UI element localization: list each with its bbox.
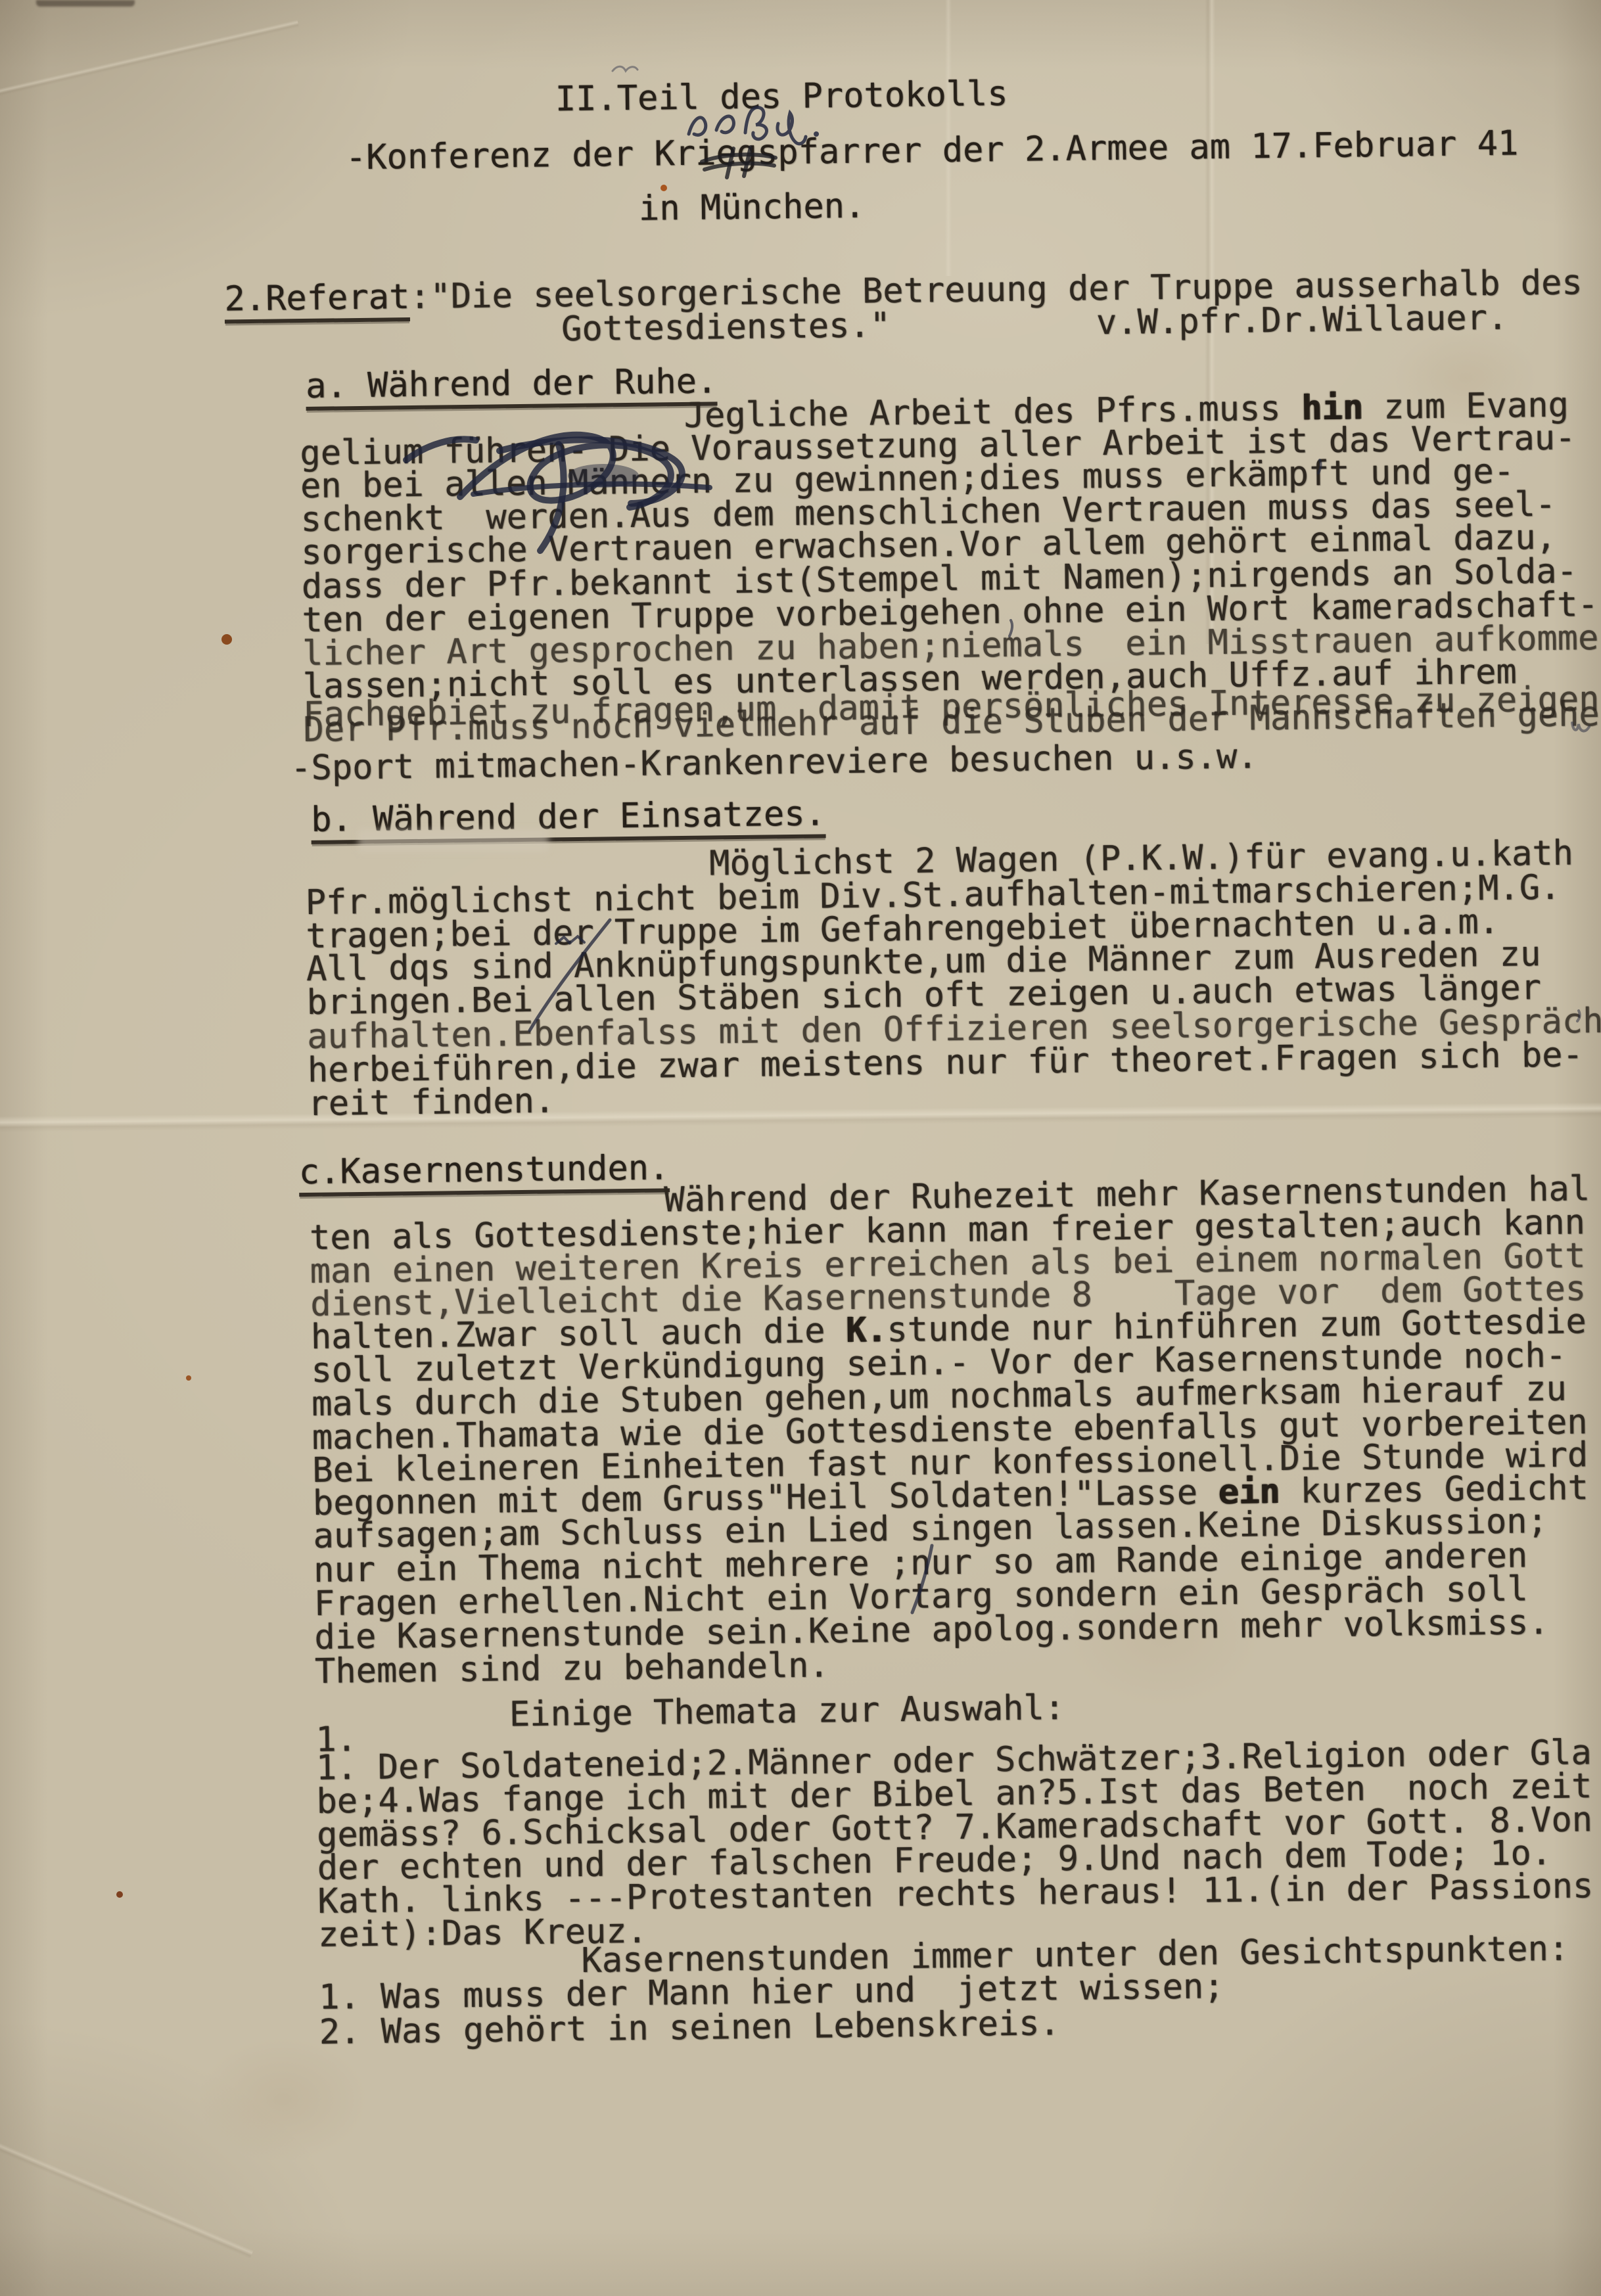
line-themata-heading: Einige Themata zur Auswahl:	[509, 1691, 1065, 1732]
line-a12: -Sport mitmachen-Krankenreviere besuchen…	[290, 739, 1258, 785]
line-conference: -Konferenz der Kriegspfarrer der 2.Armee…	[346, 126, 1519, 175]
line-doc-title: II.Teil des Protokolls	[555, 77, 1008, 116]
line-b8: reit finden.	[308, 1084, 555, 1121]
section-c-heading-text: c.Kasernenstunden.	[298, 1151, 669, 1197]
line-question-2: 2. Was gehört in seinen Lebenskreis.	[319, 2006, 1060, 2050]
referat-heading-underlined: 2.Referat	[224, 280, 410, 323]
line-referat-author: Gottesdienstes." v.W.pfr.Dr.Willauer.	[561, 301, 1508, 347]
line-location: in München.	[639, 189, 866, 226]
line-c15: Themen sind zu behandeln.	[315, 1648, 829, 1689]
line-section-b-heading: b. Während der Einsatzes.	[311, 796, 825, 844]
section-a-heading-text: a. Während der Ruhe.	[306, 364, 718, 411]
section-b-heading-text: b. Während der Einsatzes.	[311, 796, 825, 844]
scanned-document-page: II.Teil des Protokolls -Konferenz der Kr…	[0, 0, 1601, 2296]
line-section-a-heading: a. Während der Ruhe.	[306, 364, 718, 411]
typed-text-layer: II.Teil des Protokolls -Konferenz der Kr…	[0, 0, 1601, 2296]
line-section-c-heading: c.Kasernenstunden.	[298, 1151, 669, 1197]
